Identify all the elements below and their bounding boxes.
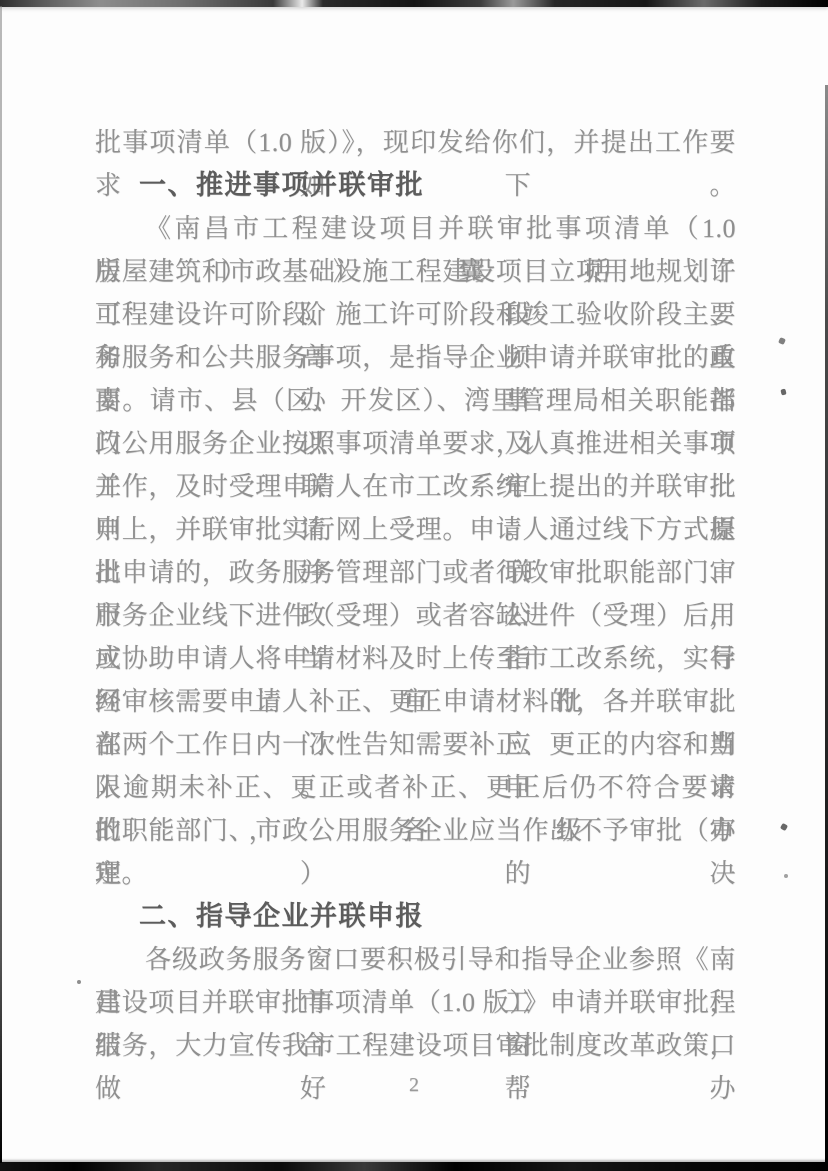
scan-speck — [778, 337, 786, 345]
scan-speck — [77, 980, 81, 984]
document-page: 批事项清单（1.0 版）》，现印发给你们，并提出工作要求如下。 一、推进事项并联… — [0, 0, 828, 1171]
text-line: 《南昌市工程建设项目并联审批事项清单（1.0 版）》囊括了 — [95, 207, 736, 250]
document-text-block: 批事项清单（1.0 版）》，现印发给你们，并提出工作要求如下。 一、推进事项并联… — [95, 121, 736, 1067]
text-line: 在两个工作日内一次性告知需要补正、更正的内容和期限。申请 — [95, 723, 736, 766]
scan-speck — [784, 874, 788, 878]
text-line: 工程建设许可阶段、施工许可阶段和竣工验收阶段主要和高频政 — [95, 293, 736, 336]
text-line: 经审核需要申请人补正、更正申请材料的，各并联审批部门应当 — [95, 680, 736, 723]
text-line: 务服务和公共服务事项，是指导企业申请并联审批的重要办事指 — [95, 336, 736, 379]
text-line: 工作，及时受理申请人在市工改系统上提出的并联审批申请。原 — [95, 465, 736, 508]
text-line: 政公用服务企业按照事项清单要求，认真推进相关事项并联审批 — [95, 422, 736, 465]
page-number: 2 — [0, 1074, 828, 1097]
scan-edge-left — [0, 6, 2, 1163]
text-line: 则上，并联审批实行网上受理。申请人通过线下方式提出并联审 — [95, 508, 736, 551]
text-line: 服务，大力宣传我市工程建设项目审批制度改革政策，做好帮办 — [95, 1024, 736, 1067]
text-line: 建设项目并联审批事项清单（1.0 版）》申请并联审批，结合窗口 — [95, 981, 736, 1024]
text-line: 批申请的，政务服务管理部门或者行政审批职能部门、市政公用 — [95, 551, 736, 594]
section-heading: 二、指导企业并联申报 — [95, 895, 736, 938]
text-line: 或协助申请人将申请材料及时上传至市工改系统，实行网上审批。 — [95, 637, 736, 680]
text-line: 各级政务服务窗口要积极引导和指导企业参照《南昌市工程 — [95, 938, 736, 981]
text-line: 批事项清单（1.0 版）》，现印发给你们，并提出工作要求如下。 — [95, 121, 736, 164]
text-line: 人逾期未补正、更正或者补正、更正后仍不符合要求的，各级审 — [95, 766, 736, 809]
text-line: 房屋建筑和市政基础设施工程建设项目立项用地规划许可阶段、 — [95, 250, 736, 293]
text-line: 服务企业线下进件（受理）或者容缺进件（受理）后，应当指导 — [95, 594, 736, 637]
scan-speck — [780, 388, 786, 395]
scan-edge-top — [0, 0, 828, 7]
text-line: 南。请市、县（区、开发区）、湾里管理局相关职能部门以及市 — [95, 379, 736, 422]
scan-edge-bottom — [0, 1162, 828, 1171]
text-line: 批职能部门、市政公用服务企业应当作出不予审批（办理）的决 — [95, 809, 736, 852]
scan-speck — [780, 823, 788, 831]
